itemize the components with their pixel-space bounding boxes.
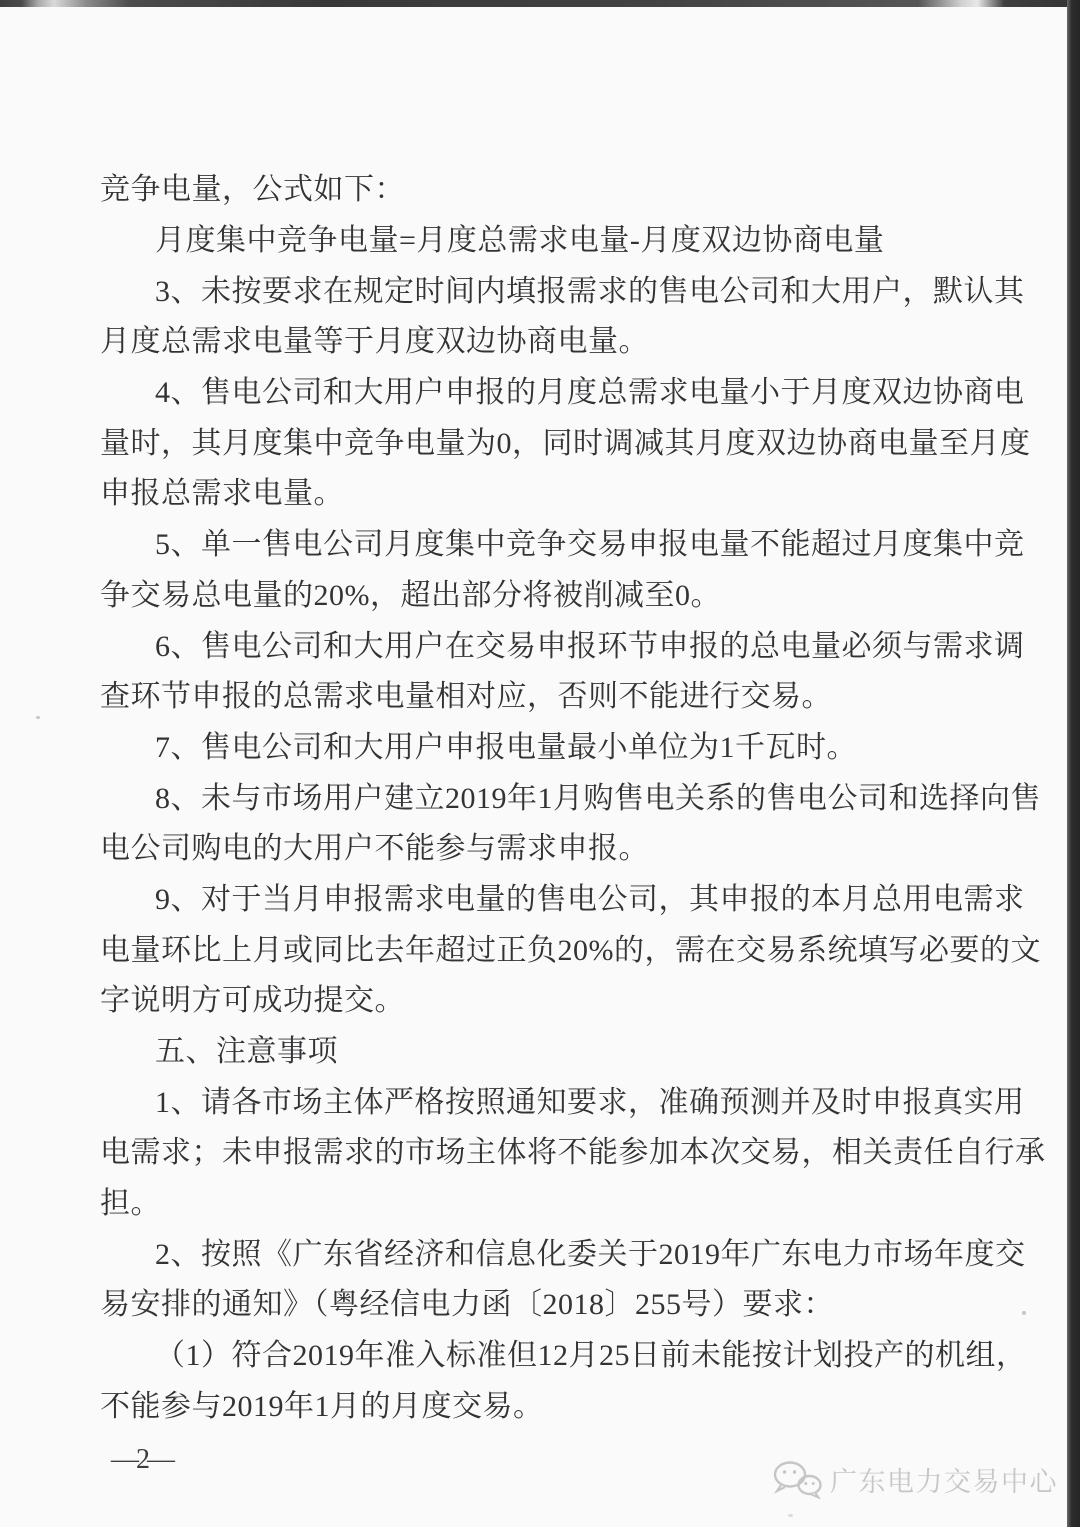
doc-line: 2、按照《广东省经济和信息化委关于2019年广东电力市场年度交	[100, 1225, 1050, 1276]
doc-line: 字说明方可成功提交。	[100, 972, 1050, 1023]
doc-line: 申报总需求电量。	[100, 465, 1050, 516]
doc-line: 5、单一售电公司月度集中竞争交易申报电量不能超过月度集中竞	[100, 516, 1050, 567]
scan-top-edge-artifact	[0, 0, 1080, 7]
watermark-text: 广东电力交易中心	[830, 1460, 1058, 1499]
scanned-document-page: 竞争电量，公式如下： 月度集中竞争电量=月度总需求电量-月度双边协商电量 3、未…	[0, 0, 1080, 1527]
doc-line: 7、售电公司和大用户申报电量最小单位为1千瓦时。	[100, 719, 1050, 770]
doc-section-heading: 五、注意事项	[100, 1023, 1050, 1074]
doc-line: 电公司购电的大用户不能参与需求申报。	[100, 820, 1050, 871]
doc-line: 1、请各市场主体严格按照通知要求，准确预测并及时申报真实用	[100, 1073, 1050, 1124]
doc-line: 查环节申报的总需求电量相对应，否则不能进行交易。	[100, 668, 1050, 719]
doc-line: 电量环比上月或同比去年超过正负20%的，需在交易系统填写必要的文	[100, 921, 1050, 972]
document-body: 竞争电量，公式如下： 月度集中竞争电量=月度总需求电量-月度双边协商电量 3、未…	[100, 161, 1050, 1428]
doc-line: 竞争电量，公式如下：	[100, 161, 1050, 212]
doc-line: 担。	[100, 1175, 1050, 1226]
doc-line-formula: 月度集中竞争电量=月度总需求电量-月度双边协商电量	[100, 212, 1050, 263]
wechat-icon	[771, 1459, 823, 1499]
doc-line: 3、未按要求在规定时间内填报需求的售电公司和大用户，默认其	[100, 262, 1050, 313]
doc-line: 量时，其月度集中竞争电量为0，同时调减其月度双边协商电量至月度	[100, 414, 1050, 465]
doc-line: 月度总需求电量等于月度双边协商电量。	[100, 313, 1050, 364]
doc-line: （1）符合2019年准入标准但12月25日前未能按计划投产的机组，	[100, 1327, 1050, 1378]
doc-line: 9、对于当月申报需求电量的售电公司，其申报的本月总用电需求	[100, 871, 1050, 922]
doc-line: 不能参与2019年1月的月度交易。	[100, 1378, 1050, 1429]
doc-line: 易安排的通知》（粤经信电力函〔2018〕255号）要求：	[100, 1276, 1050, 1327]
watermark: 广东电力交易中心	[771, 1459, 1058, 1499]
page-number: —2—	[111, 1444, 172, 1476]
scan-speck	[36, 716, 40, 719]
doc-line: 6、售电公司和大用户在交易申报环节申报的总电量必须与需求调	[100, 617, 1050, 668]
doc-line: 争交易总电量的20%，超出部分将被削减至0。	[100, 567, 1050, 618]
doc-line: 电需求；未申报需求的市场主体将不能参加本次交易，相关责任自行承	[100, 1124, 1050, 1175]
doc-line: 4、售电公司和大用户申报的月度总需求电量小于月度双边协商电	[100, 364, 1050, 415]
scan-speck	[788, 1514, 793, 1517]
scan-right-edge-artifact	[1067, 0, 1080, 1527]
doc-line: 8、未与市场用户建立2019年1月购售电关系的售电公司和选择向售	[100, 769, 1050, 820]
